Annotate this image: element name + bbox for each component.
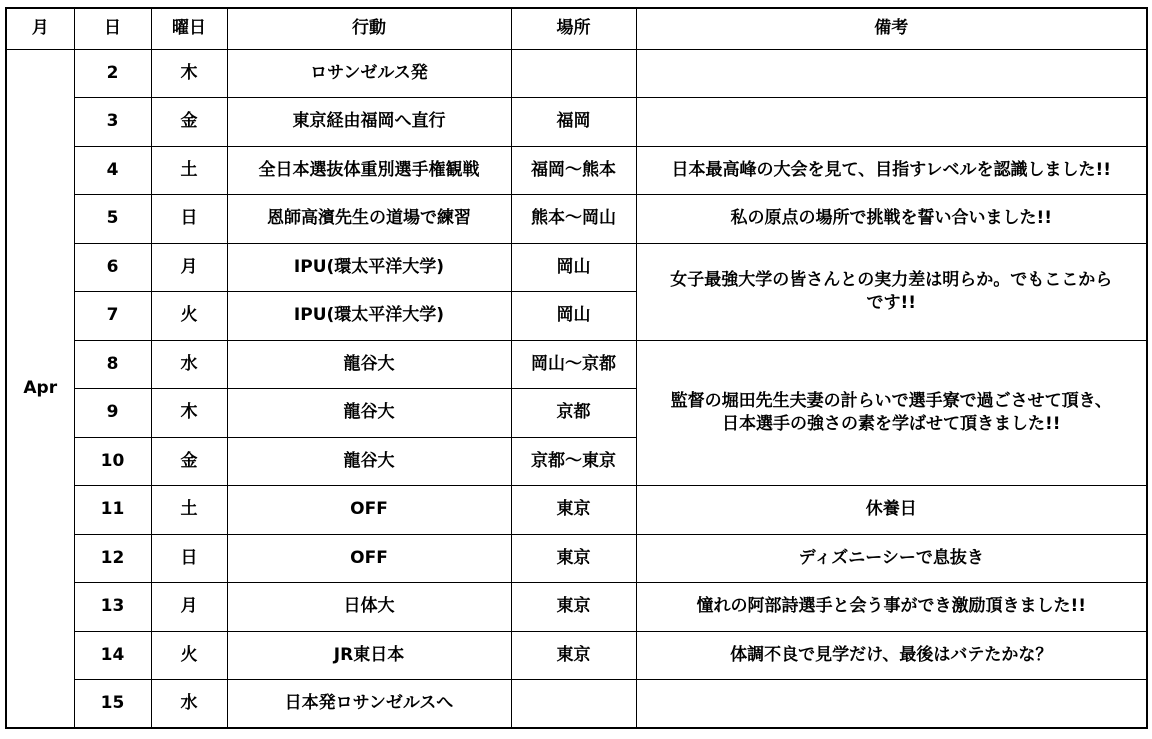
header-place: 場所 bbox=[511, 8, 636, 49]
remark-cell: 監督の堀田先生夫妻の計らいで選手寮で過ごさせて頂き、 日本選手の強さの素を学ばせ… bbox=[636, 340, 1147, 486]
place-cell: 熊本～岡山 bbox=[511, 195, 636, 244]
schedule-table-grid: 月 日 曜日 行動 場所 備考 Apr2木ロサンゼルス発3金東京経由福岡へ直行福… bbox=[5, 7, 1148, 729]
header-weekday: 曜日 bbox=[151, 8, 227, 49]
weekday-cell: 火 bbox=[151, 292, 227, 341]
place-cell: 東京 bbox=[511, 583, 636, 632]
header-remark: 備考 bbox=[636, 8, 1147, 49]
action-cell: IPU(環太平洋大学) bbox=[227, 292, 511, 341]
remark-cell: 日本最高峰の大会を見て、目指すレベルを認識しました!! bbox=[636, 146, 1147, 195]
day-cell: 6 bbox=[74, 243, 151, 292]
day-cell: 11 bbox=[74, 486, 151, 535]
weekday-cell: 木 bbox=[151, 49, 227, 98]
schedule-table-body: Apr2木ロサンゼルス発3金東京経由福岡へ直行福岡4土全日本選抜体重別選手権観戦… bbox=[6, 49, 1147, 728]
place-cell: 岡山 bbox=[511, 292, 636, 341]
table-row: 8水龍谷大岡山～京都監督の堀田先生夫妻の計らいで選手寮で過ごさせて頂き、 日本選… bbox=[6, 340, 1147, 389]
place-cell: 岡山～京都 bbox=[511, 340, 636, 389]
weekday-cell: 日 bbox=[151, 534, 227, 583]
place-cell: 東京 bbox=[511, 486, 636, 535]
table-row: 3金東京経由福岡へ直行福岡 bbox=[6, 98, 1147, 147]
weekday-cell: 日 bbox=[151, 195, 227, 244]
remark-cell: 休養日 bbox=[636, 486, 1147, 535]
remark-cell: 女子最強大学の皆さんとの実力差は明らか。でもここから です!! bbox=[636, 243, 1147, 340]
remark-cell: 憧れの阿部詩選手と会う事ができ激励頂きました!! bbox=[636, 583, 1147, 632]
action-cell: 日本発ロサンゼルスへ bbox=[227, 680, 511, 729]
action-cell: IPU(環太平洋大学) bbox=[227, 243, 511, 292]
place-cell: 岡山 bbox=[511, 243, 636, 292]
weekday-cell: 土 bbox=[151, 146, 227, 195]
place-cell: 福岡～熊本 bbox=[511, 146, 636, 195]
table-row: 4土全日本選抜体重別選手権観戦福岡～熊本日本最高峰の大会を見て、目指すレベルを認… bbox=[6, 146, 1147, 195]
day-cell: 3 bbox=[74, 98, 151, 147]
table-row: 6月IPU(環太平洋大学)岡山女子最強大学の皆さんとの実力差は明らか。でもここか… bbox=[6, 243, 1147, 292]
weekday-cell: 水 bbox=[151, 680, 227, 729]
remark-cell: 体調不良で見学だけ、最後はバテたかな？ bbox=[636, 631, 1147, 680]
weekday-cell: 金 bbox=[151, 437, 227, 486]
action-cell: 全日本選抜体重別選手権観戦 bbox=[227, 146, 511, 195]
table-row: 15水日本発ロサンゼルスへ bbox=[6, 680, 1147, 729]
day-cell: 4 bbox=[74, 146, 151, 195]
day-cell: 13 bbox=[74, 583, 151, 632]
action-cell: OFF bbox=[227, 486, 511, 535]
day-cell: 2 bbox=[74, 49, 151, 98]
weekday-cell: 月 bbox=[151, 583, 227, 632]
weekday-cell: 水 bbox=[151, 340, 227, 389]
table-row: 13月日体大東京憧れの阿部詩選手と会う事ができ激励頂きました!! bbox=[6, 583, 1147, 632]
day-cell: 7 bbox=[74, 292, 151, 341]
remark-cell: ディズニーシーで息抜き bbox=[636, 534, 1147, 583]
header-day: 日 bbox=[74, 8, 151, 49]
table-row: 12日OFF東京ディズニーシーで息抜き bbox=[6, 534, 1147, 583]
place-cell: 福岡 bbox=[511, 98, 636, 147]
remark-cell bbox=[636, 98, 1147, 147]
place-cell: 東京 bbox=[511, 631, 636, 680]
weekday-cell: 土 bbox=[151, 486, 227, 535]
header-action: 行動 bbox=[227, 8, 511, 49]
table-row: 14火JR東日本東京体調不良で見学だけ、最後はバテたかな？ bbox=[6, 631, 1147, 680]
day-cell: 14 bbox=[74, 631, 151, 680]
action-cell: 龍谷大 bbox=[227, 340, 511, 389]
header-month: 月 bbox=[6, 8, 74, 49]
place-cell bbox=[511, 49, 636, 98]
header-row: 月 日 曜日 行動 場所 備考 bbox=[6, 8, 1147, 49]
month-cell: Apr bbox=[6, 49, 74, 728]
day-cell: 12 bbox=[74, 534, 151, 583]
action-cell: 恩師高濱先生の道場で練習 bbox=[227, 195, 511, 244]
place-cell: 京都 bbox=[511, 389, 636, 438]
table-row: 5日恩師高濱先生の道場で練習熊本～岡山私の原点の場所で挑戦を誓い合いました!! bbox=[6, 195, 1147, 244]
weekday-cell: 火 bbox=[151, 631, 227, 680]
action-cell: 日体大 bbox=[227, 583, 511, 632]
weekday-cell: 木 bbox=[151, 389, 227, 438]
place-cell: 京都～東京 bbox=[511, 437, 636, 486]
day-cell: 15 bbox=[74, 680, 151, 729]
action-cell: 東京経由福岡へ直行 bbox=[227, 98, 511, 147]
action-cell: ロサンゼルス発 bbox=[227, 49, 511, 98]
day-cell: 9 bbox=[74, 389, 151, 438]
day-cell: 5 bbox=[74, 195, 151, 244]
day-cell: 10 bbox=[74, 437, 151, 486]
action-cell: 龍谷大 bbox=[227, 389, 511, 438]
table-row: 11土OFF東京休養日 bbox=[6, 486, 1147, 535]
table-row: Apr2木ロサンゼルス発 bbox=[6, 49, 1147, 98]
action-cell: JR東日本 bbox=[227, 631, 511, 680]
day-cell: 8 bbox=[74, 340, 151, 389]
action-cell: OFF bbox=[227, 534, 511, 583]
action-cell: 龍谷大 bbox=[227, 437, 511, 486]
weekday-cell: 月 bbox=[151, 243, 227, 292]
place-cell: 東京 bbox=[511, 534, 636, 583]
remark-cell bbox=[636, 680, 1147, 729]
remark-cell bbox=[636, 49, 1147, 98]
weekday-cell: 金 bbox=[151, 98, 227, 147]
place-cell bbox=[511, 680, 636, 729]
schedule-table: 月 日 曜日 行動 場所 備考 Apr2木ロサンゼルス発3金東京経由福岡へ直行福… bbox=[0, 7, 1152, 739]
remark-cell: 私の原点の場所で挑戦を誓い合いました!! bbox=[636, 195, 1147, 244]
